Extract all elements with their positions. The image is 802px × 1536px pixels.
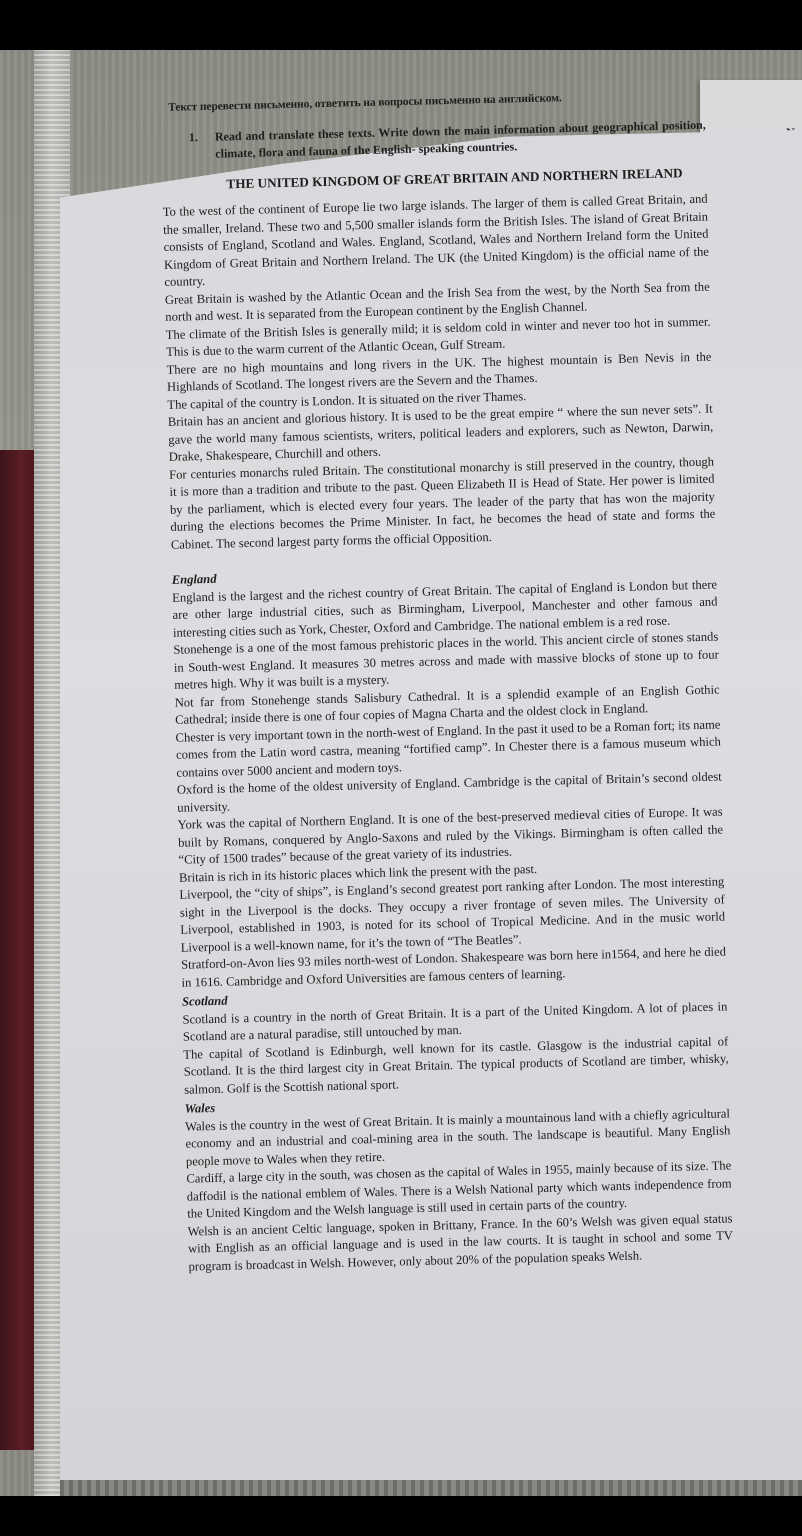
document-content: Текст перевести письменно, ответить на в… — [160, 87, 734, 1276]
country-sections: EnglandEngland is the largest and the ri… — [172, 559, 734, 1276]
surface-edge — [60, 1480, 802, 1496]
leather-cover — [0, 450, 35, 1450]
section-scotland: ScotlandScotland is a country in the nor… — [182, 980, 729, 1098]
task-number: 1. — [189, 128, 216, 164]
paragraph: Liverpool, the “city of ships”, is Engla… — [179, 873, 726, 956]
document-title: THE UNITED KINGDOM OF GREAT BRITAIN AND … — [202, 163, 707, 193]
task-text: Read and translate these texts. Write do… — [215, 116, 707, 163]
section-england: EnglandEngland is the largest and the ri… — [172, 559, 727, 992]
task-item: 1. Read and translate these texts. Write… — [161, 116, 707, 164]
paragraph: To the west of the continent of Europe l… — [163, 191, 710, 292]
section-wales: WalesWales is the country in the west of… — [184, 1087, 733, 1275]
intro-section: To the west of the continent of Europe l… — [163, 191, 716, 554]
paragraph: For centuries monarchs ruled Britain. Th… — [169, 453, 716, 554]
